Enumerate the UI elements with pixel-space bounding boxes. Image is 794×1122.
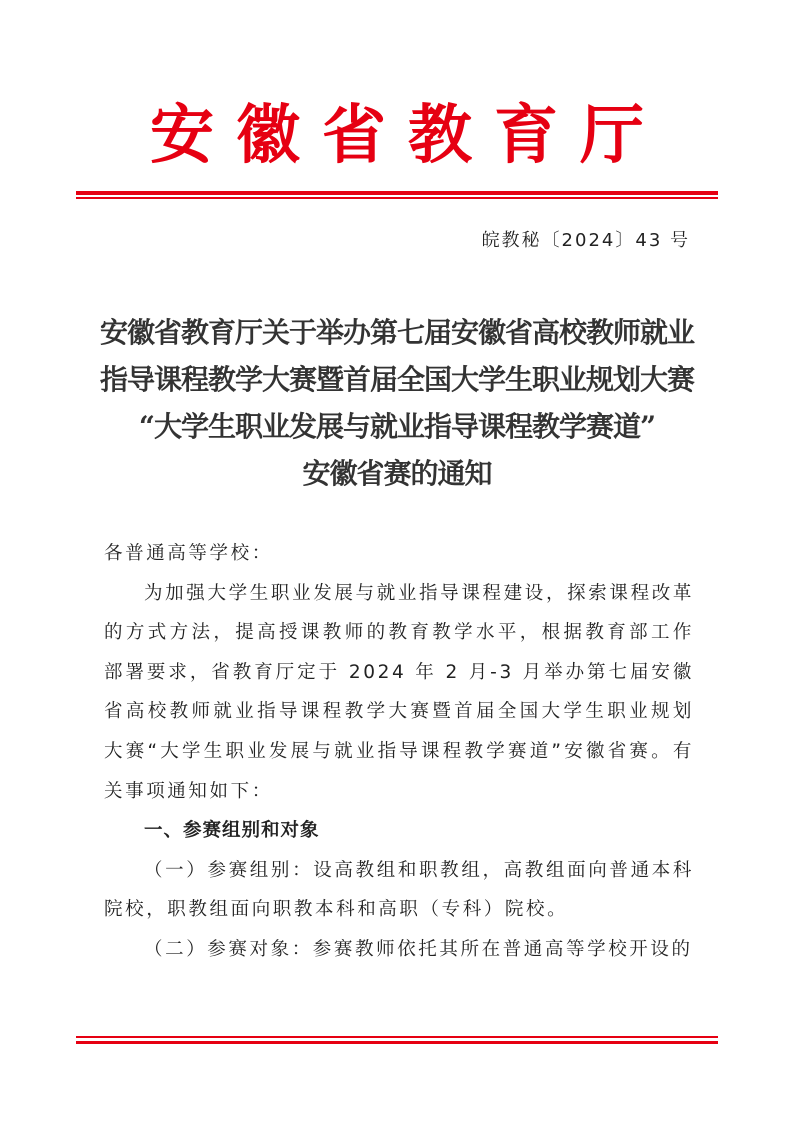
document-body: 各普通高等学校： 为加强大学生职业发展与就业指导课程建设，探索课程改革的方式方法… [104,534,694,970]
salutation: 各普通高等学校： [104,534,694,574]
header-rule-thick [76,191,718,195]
document-number: 皖教秘〔2024〕43 号 [482,226,690,252]
intro-paragraph: 为加强大学生职业发展与就业指导课程建设，探索课程改革的方式方法，提高授课教师的教… [104,574,694,812]
header-rule-thin [76,197,718,199]
footer-rule-thick [76,1041,718,1044]
title-line-4: 安徽省赛的通知 [0,450,794,497]
document-title: 安徽省教育厅关于举办第七届安徽省高校教师就业 指导课程教学大赛暨首届全国大学生职… [0,309,794,497]
title-line-1: 安徽省教育厅关于举办第七届安徽省高校教师就业 [0,309,794,356]
list-item-1: （一）参赛组别：设高教组和职教组，高教组面向普通本科院校，职教组面向职教本科和高… [104,851,694,930]
section-heading-1: 一、参赛组别和对象 [104,811,694,851]
list-item-2: （二）参赛对象：参赛教师依托其所在普通高等学校开设的 [104,930,694,970]
title-line-3: “大学生职业发展与就业指导课程教学赛道” [0,403,794,450]
masthead-agency-name: 安徽省教育厅 [0,96,794,176]
footer-rule-thin [76,1036,718,1038]
title-line-2: 指导课程教学大赛暨首届全国大学生职业规划大赛 [0,356,794,403]
